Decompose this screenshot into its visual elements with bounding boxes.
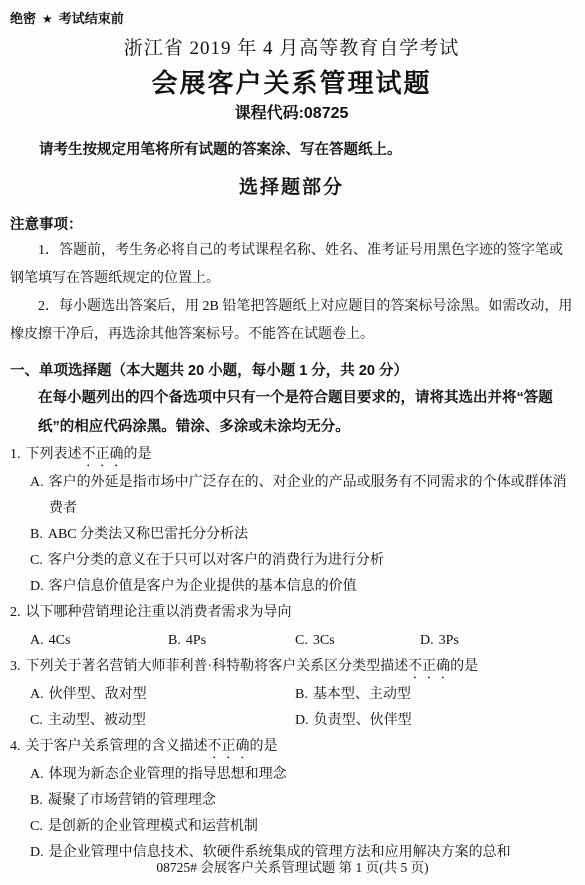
stem-text-post: 的是 bbox=[124, 447, 152, 462]
option-label: C. bbox=[30, 819, 43, 834]
option-label: A. bbox=[30, 475, 44, 490]
question-3: 3.下列关于著名营销大师菲利普·科特勒将客户关系区分类型描述不正确的是 A.伙伴… bbox=[10, 654, 573, 734]
option-label: C. bbox=[30, 553, 43, 568]
option-label: B. bbox=[30, 527, 43, 542]
question-1: 1.下列表述不正确的是 A.客户的外延是指市场中广泛存在的、对企业的产品或服务有… bbox=[10, 442, 573, 600]
pen-instruction: 请考生按规定用笔将所有试题的答案涂、写在答题纸上。 bbox=[10, 140, 573, 161]
question-2-option-c: C.3Cs bbox=[295, 628, 420, 654]
option-text: 主动型、被动型 bbox=[48, 713, 146, 728]
option-label: A. bbox=[30, 633, 44, 648]
option-text: 4Ps bbox=[186, 633, 206, 648]
stem-text-pre: 以下哪种营销理论注重以消费者需求为导向 bbox=[26, 605, 292, 620]
option-label: A. bbox=[30, 687, 44, 702]
note-item-2: 2．每小题选出答案后，用 2B 铅笔把答题纸上对应题目的答案标号涂黑。如需改动，… bbox=[10, 293, 573, 349]
question-4-option-c: C.是创新的企业管理模式和运营机制 bbox=[30, 814, 573, 840]
question-number: 2. bbox=[10, 605, 21, 620]
question-3-stem: 3.下列关于著名营销大师菲利普·科特勒将客户关系区分类型描述不正确的是 bbox=[10, 654, 573, 682]
option-text: 客户的外延是指市场中广泛存在的、对企业的产品或服务有不同需求的个体或群体消费者 bbox=[49, 475, 567, 516]
question-2-option-a: A.4Cs bbox=[30, 628, 168, 654]
section-one-instruction: 在每小题列出的四个备选项中只有一个是符合题目要求的，请将其选出并将“答题纸”的相… bbox=[38, 384, 573, 442]
option-text: 凝聚了市场营销的管理理念 bbox=[48, 793, 216, 808]
paper-title: 会展客户关系管理试题 bbox=[10, 67, 573, 100]
stem-text-pre: 下列表述 bbox=[26, 447, 82, 462]
stem-text-pre: 下列关于著名营销大师菲利普·科特勒将客户关系区分类型描述 bbox=[26, 659, 409, 674]
question-4-option-a: A.体现为新态企业管理的指导思想和理念 bbox=[30, 762, 573, 788]
question-4: 4.关于客户关系管理的含义描述不正确的是 A.体现为新态企业管理的指导思想和理念… bbox=[10, 734, 573, 866]
question-4-stem: 4.关于客户关系管理的含义描述不正确的是 bbox=[10, 734, 573, 762]
question-1-option-c: C.客户分类的意义在于只可以对客户的消费行为进行分析 bbox=[30, 548, 573, 574]
option-text: 体现为新态企业管理的指导思想和理念 bbox=[49, 767, 287, 782]
option-label: B. bbox=[295, 687, 308, 702]
stem-text-post: 的是 bbox=[450, 659, 478, 674]
option-text: 3Cs bbox=[313, 633, 335, 648]
question-1-option-d: D.客户信息价值是客户为企业提供的基本信息的价值 bbox=[30, 574, 573, 600]
star-icon: ★ bbox=[42, 12, 53, 26]
question-2-stem: 2.以下哪种营销理论注重以消费者需求为导向 bbox=[10, 600, 573, 628]
option-label: B. bbox=[30, 793, 43, 808]
option-text: 3Ps bbox=[439, 633, 459, 648]
question-4-option-b: B.凝聚了市场营销的管理理念 bbox=[30, 788, 573, 814]
question-3-option-a: A.伙伴型、敌对型 bbox=[30, 682, 295, 708]
stem-text-emphasized: 不正确 bbox=[82, 447, 124, 462]
option-text: 负责型、伙伴型 bbox=[314, 713, 412, 728]
section-one-title: 一、单项选择题（本大题共 20 小题，每小题 1 分，共 20 分） bbox=[10, 359, 573, 384]
option-label: A. bbox=[30, 767, 44, 782]
question-2-option-d: D.3Ps bbox=[420, 628, 573, 654]
notes-title: 注意事项： bbox=[10, 213, 573, 237]
option-text: 伙伴型、敌对型 bbox=[49, 687, 147, 702]
option-text: ABC 分类法又称巴雷托分分析法 bbox=[48, 527, 248, 542]
section-heading: 选择题部分 bbox=[10, 175, 573, 201]
question-3-option-b: B.基本型、主动型 bbox=[295, 682, 573, 708]
question-3-option-c: C.主动型、被动型 bbox=[30, 708, 295, 734]
option-label: C. bbox=[30, 713, 43, 728]
question-1-option-b: B.ABC 分类法又称巴雷托分分析法 bbox=[30, 522, 573, 548]
question-2-options-row: A.4Cs B.4Ps C.3Cs D.3Ps bbox=[30, 628, 573, 654]
secrecy-banner: 绝密★考试结束前 bbox=[10, 10, 573, 28]
question-number: 1. bbox=[10, 447, 21, 462]
option-text: 4Cs bbox=[49, 633, 71, 648]
question-1-option-a: A.客户的外延是指市场中广泛存在的、对企业的产品或服务有不同需求的个体或群体消费… bbox=[30, 470, 573, 522]
option-text: 基本型、主动型 bbox=[313, 687, 411, 702]
question-3-options-grid: A.伙伴型、敌对型 B.基本型、主动型 C.主动型、被动型 D.负责型、伙伴型 bbox=[30, 682, 573, 734]
question-number: 3. bbox=[10, 659, 21, 674]
question-3-option-d: D.负责型、伙伴型 bbox=[295, 708, 573, 734]
question-2-option-b: B.4Ps bbox=[168, 628, 295, 654]
option-label: B. bbox=[168, 633, 181, 648]
stem-text-post: 的是 bbox=[250, 739, 278, 754]
secrecy-timing: 考试结束前 bbox=[59, 11, 124, 26]
course-code: 课程代码:08725 bbox=[10, 103, 573, 125]
exam-paper-page: 绝密★考试结束前 浙江省 2019 年 4 月高等教育自学考试 会展客户关系管理… bbox=[0, 0, 585, 885]
secrecy-label: 绝密 bbox=[10, 11, 36, 26]
option-text: 是创新的企业管理模式和运营机制 bbox=[48, 819, 258, 834]
option-text: 客户分类的意义在于只可以对客户的消费行为进行分析 bbox=[48, 553, 384, 568]
question-2: 2.以下哪种营销理论注重以消费者需求为导向 A.4Cs B.4Ps C.3Cs … bbox=[10, 600, 573, 654]
option-text: 客户信息价值是客户为企业提供的基本信息的价值 bbox=[49, 579, 357, 594]
stem-text-pre: 关于客户关系管理的含义描述 bbox=[26, 739, 208, 754]
exam-session-title: 浙江省 2019 年 4 月高等教育自学考试 bbox=[10, 37, 573, 61]
option-label: D. bbox=[420, 633, 434, 648]
stem-text-emphasized: 不正确 bbox=[408, 659, 450, 674]
question-number: 4. bbox=[10, 739, 21, 754]
stem-text-emphasized: 不正确 bbox=[208, 739, 250, 754]
question-1-stem: 1.下列表述不正确的是 bbox=[10, 442, 573, 470]
page-footer: 08725# 会展客户关系管理试题 第 1 页(共 5 页) bbox=[0, 856, 585, 876]
note-item-1: 1．答题前，考生务必将自己的考试课程名称、姓名、准考证号用黑色字迹的签字笔或钢笔… bbox=[10, 237, 573, 293]
option-label: D. bbox=[295, 713, 309, 728]
option-label: C. bbox=[295, 633, 308, 648]
option-label: D. bbox=[30, 579, 44, 594]
